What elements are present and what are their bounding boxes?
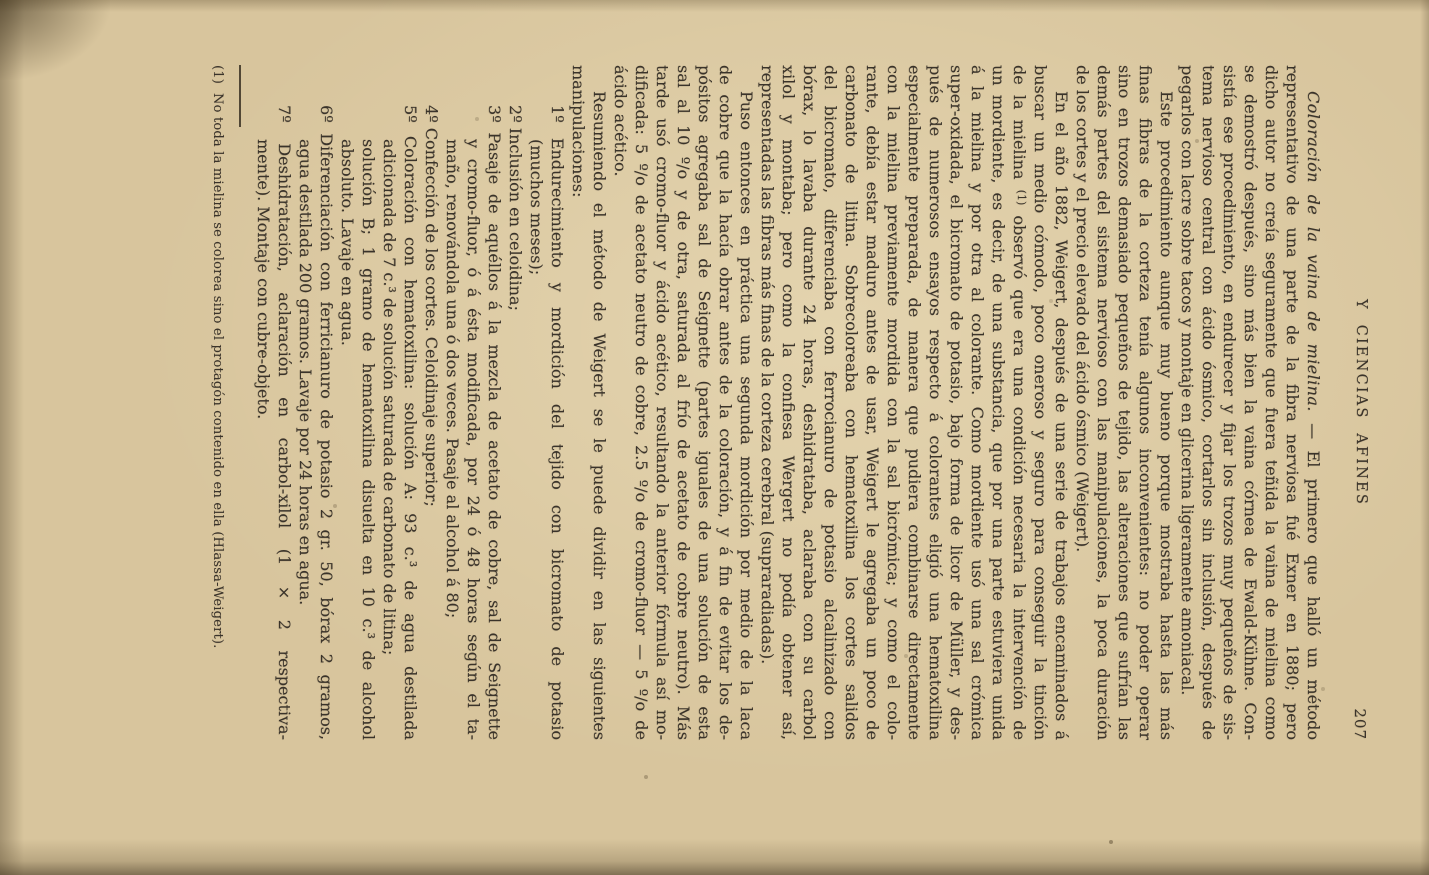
text-line: pegarlos con lacre sobre tacos y montaje… bbox=[1177, 65, 1198, 740]
text-line: xilol y montaba; pero como la confiesa W… bbox=[778, 65, 799, 740]
list-item-line: 7º Deshidratación, aclaración en carbol-… bbox=[274, 65, 295, 740]
text-line: representativo de una parte de la fibra … bbox=[1282, 65, 1303, 740]
text-line: dificada: 5 º/o de acetato neutro de cob… bbox=[631, 65, 652, 740]
footnote-marker: (1) bbox=[210, 65, 225, 84]
text-line: Puso entonces en práctica una segunda mo… bbox=[736, 65, 757, 740]
text-line: tarde usó cromo-fluor y ácido acético, r… bbox=[652, 65, 673, 740]
list-item-line: solución B; 1 gramo de hematoxilina disu… bbox=[358, 65, 379, 740]
running-head-title: Y CIENCIAS AFINES bbox=[1353, 299, 1369, 506]
text-line: finas fibras de la corteza tenía algunos… bbox=[1135, 65, 1156, 740]
list-item-line: adicionada de 7 c.³ de solución saturada… bbox=[379, 65, 400, 740]
footnote-divider bbox=[239, 65, 241, 127]
text-line: del bicromato, diferenciaba con ferrocia… bbox=[820, 65, 841, 740]
footnote: (1)No toda la mielina se colorea sino el… bbox=[209, 65, 226, 740]
text-line: se demostró después, sino más bien la va… bbox=[1240, 65, 1261, 740]
list-item-line: 3º Pasaje de aquéllos á la mezcla de ace… bbox=[484, 65, 505, 740]
list-item-line: absoluto. Lavaje en agua. bbox=[337, 65, 358, 740]
list-item-line: (muchos meses); bbox=[526, 65, 547, 740]
list-item-line: 4º Confección de los cortes. Celoidinaje… bbox=[421, 65, 442, 740]
footnote-reference: (1) bbox=[1015, 190, 1028, 206]
section-title-italic: Coloración de la vaina de mielina. bbox=[1304, 91, 1323, 412]
text-line: rante, debía estar maduro antes de usar,… bbox=[862, 65, 883, 740]
text-line: demás partes del sistema nervioso con la… bbox=[1093, 65, 1114, 740]
text-line: sistía ese procedimiento, en endurecer y… bbox=[1219, 65, 1240, 740]
page-content: Y CIENCIAS AFINES 207 Coloración de la v… bbox=[0, 0, 1429, 875]
text-line: de los cortes y el precio elevado del ác… bbox=[1072, 65, 1093, 740]
text-line: de la mielina (1) observó que era una co… bbox=[1009, 65, 1030, 740]
text-line: á la mielina y por otra al colorante. Co… bbox=[967, 65, 988, 740]
text-line: pósitos agregaba sal de Seignette (parte… bbox=[694, 65, 715, 740]
text-line: dicho autor no creía seguramente que fue… bbox=[1261, 65, 1282, 740]
list-item-line: mente). Montaje con cubre-objeto. bbox=[253, 65, 274, 740]
text-line: manipulaciones: bbox=[568, 65, 589, 740]
footnote-text: No toda la mielina se colorea sino el pr… bbox=[210, 93, 225, 649]
text-line: representadas las fibras más finas de la… bbox=[757, 65, 778, 740]
text-line: ácido acético. bbox=[610, 65, 631, 740]
text-line: Coloración de la vaina de mielina. — El … bbox=[1303, 65, 1324, 740]
text-line: de cobre que la hacía obrar antes de la … bbox=[715, 65, 736, 740]
list-item-line: maño, renovándola una ó dos veces. Pasaj… bbox=[442, 65, 463, 740]
text-line: buscar un medio cómodo, poco oneroso y s… bbox=[1030, 65, 1051, 740]
text-line: sino en trozos demasiado pequeños de tej… bbox=[1114, 65, 1135, 740]
text-line: tema nervioso central con ácido ósmico, … bbox=[1198, 65, 1219, 740]
list-item-line: 6º Diferenciación con ferricianuro de po… bbox=[316, 65, 337, 740]
text-line: Este procedimiento aunque muy bueno porq… bbox=[1156, 65, 1177, 740]
running-head: Y CIENCIAS AFINES 207 bbox=[1347, 65, 1369, 740]
text-line: sal al 10 º/o y de otra, saturada al frí… bbox=[673, 65, 694, 740]
list-item-line: 1º Endurecimiento y mordición del tejido… bbox=[547, 65, 568, 740]
list-item-line: 5º Coloración con hematoxilina: solución… bbox=[400, 65, 421, 740]
text-line: carbonato de litina. Sobrecoloreaba con … bbox=[841, 65, 862, 740]
text-line: un mordiente, es decir, de una substanci… bbox=[988, 65, 1009, 740]
paper-specks bbox=[0, 0, 2, 2]
text-line: En el año 1882, Weigert, después de una … bbox=[1051, 65, 1072, 740]
list-item-line: agua destilada 200 gramos. Lavaje por 24… bbox=[295, 65, 316, 740]
page-number: 207 bbox=[1351, 708, 1369, 740]
text-line: pués de numerosos ensayos respecto á col… bbox=[925, 65, 946, 740]
text-line: especialmente preparada, de manera que p… bbox=[904, 65, 925, 740]
scanned-page: Y CIENCIAS AFINES 207 Coloración de la v… bbox=[0, 0, 1429, 875]
body-text: Coloración de la vaina de mielina. — El … bbox=[253, 65, 1324, 740]
text-line: con la mielina previamente mordida con l… bbox=[883, 65, 904, 740]
text-line: super-oxidada, el bicromato de potasio, … bbox=[946, 65, 967, 740]
text-line: Resumiendo el método de Weigert se le pu… bbox=[589, 65, 610, 740]
list-item-line: y cromo-fluor, ó á ésta modificada, por … bbox=[463, 65, 484, 740]
text-line: bórax, lo lavaba durante 24 horas, deshi… bbox=[799, 65, 820, 740]
list-item-line: 2º Inclusión en celoidina; bbox=[505, 65, 526, 740]
